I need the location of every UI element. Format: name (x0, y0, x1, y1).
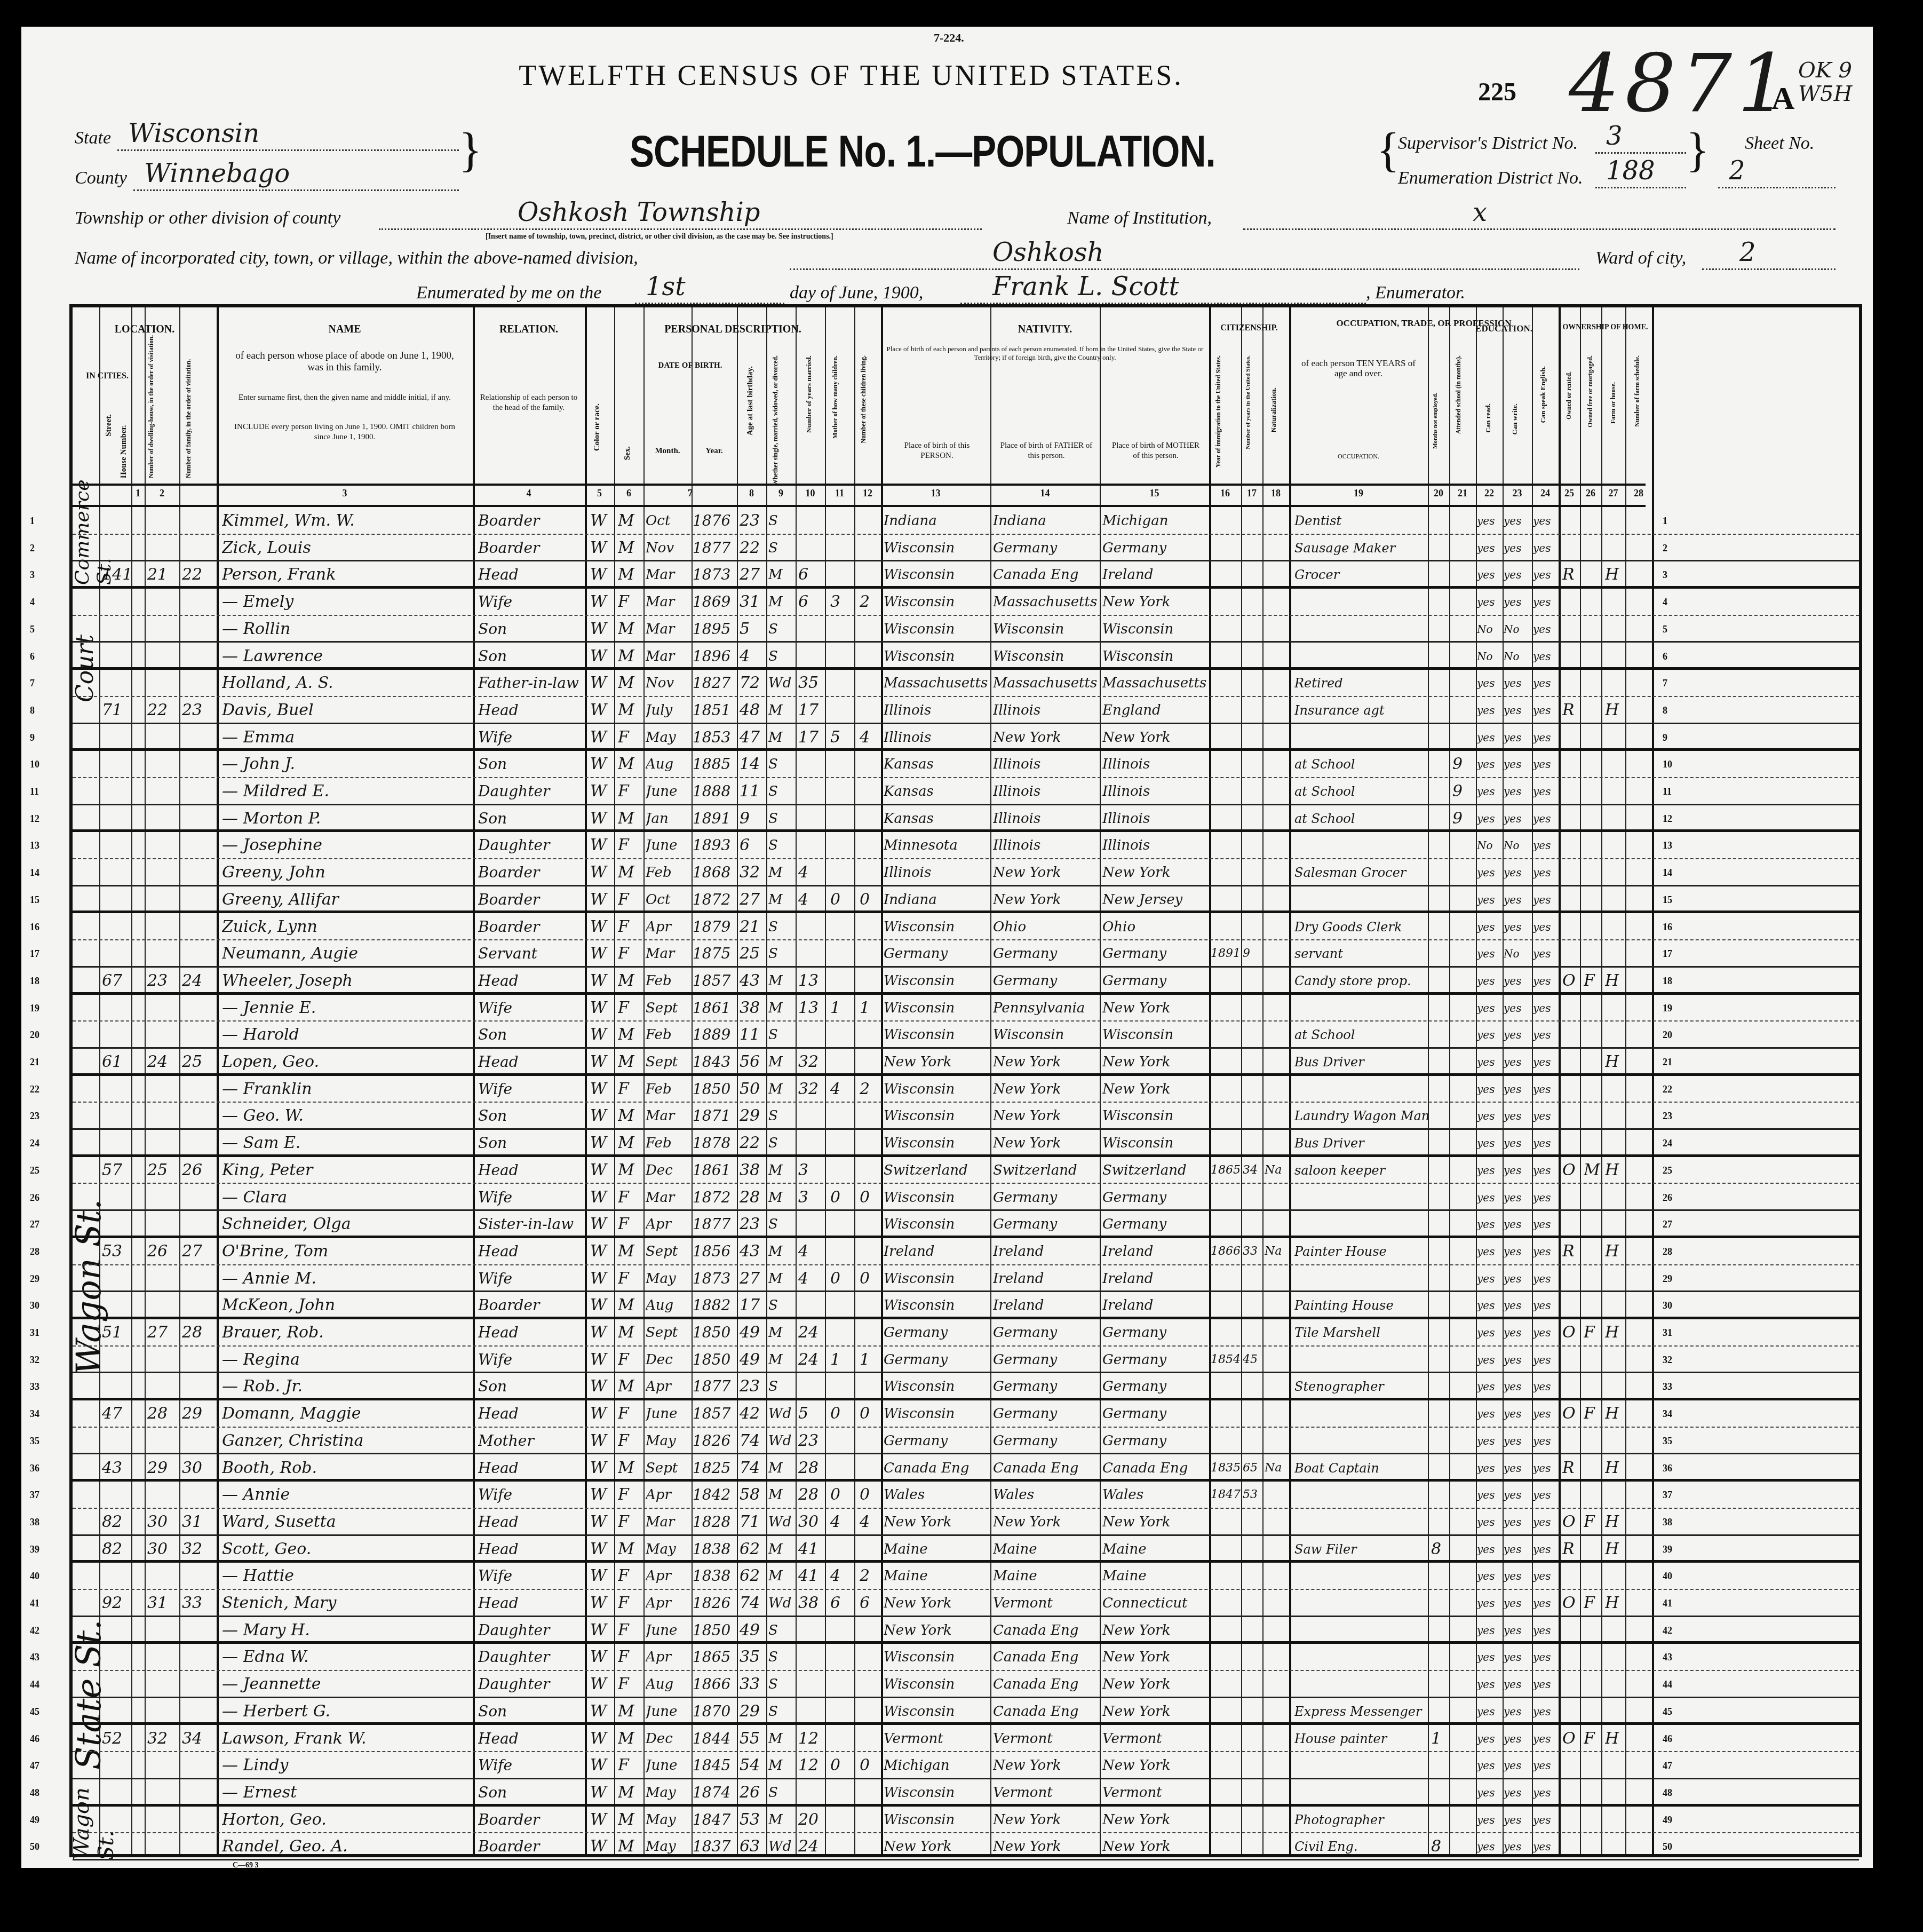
family-number: 32 (182, 1536, 217, 1563)
can-read: yes (1477, 1455, 1503, 1482)
birth-month: Dec (646, 1725, 691, 1752)
relation: Daughter (478, 1644, 584, 1670)
pob-father: Canada Eng (993, 1455, 1099, 1482)
relation: Boarder (478, 1292, 584, 1319)
color: W (590, 561, 614, 588)
occupation (1294, 1482, 1428, 1508)
relation: Son (478, 616, 584, 643)
occupation: Candy store prop. (1294, 968, 1428, 994)
owned-rented: O (1562, 1319, 1580, 1346)
line-number: 38 (30, 1509, 39, 1535)
pob-father: New York (993, 1807, 1099, 1833)
person-name: Ward, Susetta (222, 1509, 470, 1535)
age: 43 (740, 968, 766, 994)
month-label: Month. (643, 446, 692, 456)
population-table: LOCATION. IN CITIES. NAME of each person… (69, 304, 1862, 1857)
can-write: No (1504, 832, 1531, 859)
age: 72 (740, 670, 766, 696)
children-living (860, 751, 881, 778)
pob-father: New York (993, 1130, 1099, 1157)
birth-year: 1885 (693, 751, 736, 778)
mother-of: 0 (830, 1265, 854, 1292)
person-name: Davis, Buel (222, 697, 470, 724)
house-number (102, 535, 131, 561)
naturalization (1265, 805, 1289, 832)
sex: M (618, 1698, 642, 1725)
can-write: yes (1504, 886, 1531, 913)
pob-father: Ohio (993, 914, 1099, 940)
vh-farm-schedule: Number of farm schedule. (1633, 355, 1641, 427)
relation: Son (478, 1373, 584, 1400)
months-unemployed (1431, 859, 1449, 886)
farm-house: H (1605, 1400, 1625, 1427)
birth-year: 1865 (693, 1644, 736, 1670)
mother-of (830, 940, 854, 967)
naturalization (1265, 778, 1289, 805)
can-write: yes (1504, 724, 1531, 751)
pob-person-label: Place of birth of this PERSON. (889, 441, 985, 461)
line-number: 23 (30, 1103, 39, 1129)
family-number: 22 (182, 561, 217, 588)
birth-month: Mar (646, 1509, 691, 1535)
can-read: yes (1477, 1130, 1503, 1157)
line-number: 14 (30, 859, 39, 886)
age: 49 (740, 1319, 766, 1346)
pob-father: New York (993, 859, 1099, 886)
relation: Wife (478, 1184, 584, 1211)
pob-father: Vermont (993, 1779, 1099, 1806)
months-unemployed (1431, 643, 1449, 670)
pob-person: New York (884, 1049, 989, 1075)
pob-mother: New York (1102, 724, 1208, 751)
mother-of (830, 508, 854, 534)
year-label: Year. (692, 446, 737, 456)
table-row: 26 — Clara Wife W F Mar 1872 28 M 3 0 0 … (73, 1184, 1859, 1212)
birth-month: June (646, 1752, 691, 1779)
owned-rented (1562, 1617, 1580, 1644)
supervisor-field: 3 (1595, 125, 1686, 154)
months-unemployed (1431, 778, 1449, 805)
years-married (798, 1671, 825, 1698)
relation: Son (478, 751, 584, 778)
dwelling-number: 22 (147, 697, 179, 724)
color: W (590, 1563, 614, 1589)
pob-mother: England (1102, 697, 1208, 724)
naturalization (1265, 751, 1289, 778)
birth-year: 1866 (693, 1671, 736, 1698)
birth-month: Apr (646, 1590, 691, 1617)
children-living (860, 1671, 881, 1698)
immigration-year (1211, 1049, 1241, 1075)
years-married (798, 940, 825, 967)
naturalization (1265, 1590, 1289, 1617)
free-mortgaged (1584, 1076, 1601, 1103)
attended-school (1452, 859, 1476, 886)
marital: S (768, 1211, 795, 1238)
house-number: 47 (102, 1400, 131, 1427)
age: 14 (740, 751, 766, 778)
line-number: 17 (30, 940, 39, 967)
age: 5 (740, 616, 766, 643)
can-speak: yes (1533, 751, 1559, 778)
house-number: 52 (102, 1725, 131, 1752)
family-number (182, 1130, 217, 1157)
birth-year: 1856 (693, 1238, 736, 1265)
farm-house (1605, 805, 1625, 832)
marital: M (768, 1049, 795, 1075)
relation: Boarder (478, 1807, 584, 1833)
color: W (590, 589, 614, 615)
farm-house: H (1605, 968, 1625, 994)
can-read: yes (1477, 1671, 1503, 1698)
children-living: 0 (860, 1752, 881, 1779)
free-mortgaged (1584, 1265, 1601, 1292)
occupation (1294, 1752, 1428, 1779)
vh-family: Number of family, in the order of visita… (185, 355, 193, 478)
dwelling-number: 26 (147, 1238, 179, 1265)
can-speak: yes (1533, 643, 1559, 670)
mother-of (830, 1779, 854, 1806)
children-living: 2 (860, 589, 881, 615)
can-write: yes (1504, 1265, 1531, 1292)
immigration-year (1211, 561, 1241, 588)
can-speak: yes (1533, 1076, 1559, 1103)
birth-year: 1827 (693, 670, 736, 696)
immigration-year (1211, 1779, 1241, 1806)
marital: S (768, 1292, 795, 1319)
person-name: — Morton P. (222, 805, 470, 832)
house-number (102, 832, 131, 859)
mother-of: 3 (830, 589, 854, 615)
attended-school (1452, 1238, 1476, 1265)
months-unemployed (1431, 1671, 1449, 1698)
pob-mother: Germany (1102, 940, 1208, 967)
birth-month: May (646, 1779, 691, 1806)
pob-person: Wisconsin (884, 914, 989, 940)
months-unemployed (1431, 886, 1449, 913)
farm-house (1605, 1211, 1625, 1238)
sex: F (618, 1184, 642, 1211)
can-write: yes (1504, 914, 1531, 940)
pob-father: Germany (993, 1373, 1099, 1400)
children-living (860, 1319, 881, 1346)
vh-years-us: Number of years in the United States. (1245, 355, 1251, 449)
years-in-us (1243, 1617, 1262, 1644)
can-speak: yes (1533, 1725, 1559, 1752)
marital: M (768, 886, 795, 913)
occupation: Stenographer (1294, 1373, 1428, 1400)
years-married (798, 616, 825, 643)
can-read: No (1477, 832, 1503, 859)
house-number (102, 1617, 131, 1644)
ed-label: Enumeration District No. (1398, 168, 1583, 188)
line-number-right: 46 (1663, 1725, 1672, 1752)
farm-house: H (1605, 697, 1625, 724)
color: W (590, 1536, 614, 1563)
sex: F (618, 1563, 642, 1589)
owned-rented: R (1562, 1536, 1580, 1563)
table-row: 13 — Josephine Daughter W F June 1893 6 … (73, 832, 1859, 859)
owned-rented (1562, 995, 1580, 1022)
family-number (182, 1103, 217, 1129)
dwelling-number: 23 (147, 968, 179, 994)
color: W (590, 1833, 614, 1860)
line-number-right: 28 (1663, 1238, 1672, 1265)
can-read: yes (1477, 1833, 1503, 1860)
occupation (1294, 1671, 1428, 1698)
birth-month: Dec (646, 1157, 691, 1184)
mother-of: 0 (830, 1400, 854, 1427)
years-in-us (1243, 1725, 1262, 1752)
house-number (102, 914, 131, 940)
mother-of: 0 (830, 1482, 854, 1508)
vh-sex: Sex. (623, 446, 632, 460)
dwelling-number (147, 1807, 179, 1833)
sheet-field: 2 (1718, 160, 1835, 188)
marital: M (768, 1536, 795, 1563)
family-number (182, 1022, 217, 1048)
years-in-us (1243, 1807, 1262, 1833)
line-number-right: 42 (1663, 1617, 1672, 1644)
table-row: 31 51 27 28 Brauer, Rob. Head W M Sept 1… (73, 1319, 1859, 1347)
immigration-year (1211, 995, 1241, 1022)
months-unemployed (1431, 1238, 1449, 1265)
age: 17 (740, 1292, 766, 1319)
table-row: 50 Randel, Geo. A. Boarder W M May 1837 … (73, 1833, 1859, 1860)
children-living: 2 (860, 1563, 881, 1589)
handwritten-number: 4871 (1569, 37, 1794, 130)
naturalization (1265, 1292, 1289, 1319)
mother-of: 4 (830, 1076, 854, 1103)
free-mortgaged (1584, 1049, 1601, 1075)
occupation: saloon keeper (1294, 1157, 1428, 1184)
dwelling-number (147, 832, 179, 859)
person-name: — Sam E. (222, 1130, 470, 1157)
enumerator-label: , Enumerator. (1366, 283, 1465, 303)
years-married: 4 (798, 886, 825, 913)
person-name: — Mildred E. (222, 778, 470, 805)
attended-school (1452, 1400, 1476, 1427)
naturalization (1265, 1536, 1289, 1563)
mother-of: 4 (830, 1509, 854, 1535)
june-label: day of June, 1900, (790, 283, 923, 303)
occupation-description: of each person TEN YEARS of age and over… (1294, 358, 1423, 378)
occupation: Dry Goods Clerk (1294, 914, 1428, 940)
table-row: 15 Greeny, Allifar Boarder W F Oct 1872 … (73, 886, 1859, 914)
line-number: 6 (30, 643, 35, 670)
color: W (590, 1617, 614, 1644)
person-name: Zuick, Lynn (222, 914, 470, 940)
person-name: — Annie (222, 1482, 470, 1508)
color: W (590, 1428, 614, 1454)
farm-house (1605, 1779, 1625, 1806)
can-speak: yes (1533, 1265, 1559, 1292)
dwelling-number (147, 535, 179, 561)
pob-mother: Switzerland (1102, 1157, 1208, 1184)
line-number-right: 25 (1663, 1157, 1672, 1184)
color: W (590, 968, 614, 994)
sex: M (618, 1022, 642, 1048)
children-living (860, 616, 881, 643)
pob-father: New York (993, 1509, 1099, 1535)
mother-of (830, 1373, 854, 1400)
occupation: Dentist (1294, 508, 1428, 534)
house-number (102, 1807, 131, 1833)
immigration-year (1211, 1292, 1241, 1319)
birth-month: Aug (646, 751, 691, 778)
naturalization (1265, 643, 1289, 670)
free-mortgaged (1584, 1292, 1601, 1319)
farm-house (1605, 1617, 1625, 1644)
marital: S (768, 1103, 795, 1129)
marital: S (768, 616, 795, 643)
pob-mother: Germany (1102, 535, 1208, 561)
person-name: — Rollin (222, 616, 470, 643)
line-number-right: 15 (1663, 886, 1672, 913)
naturalization (1265, 1428, 1289, 1454)
farm-house: H (1605, 1049, 1625, 1075)
owned-rented: R (1562, 1238, 1580, 1265)
attended-school (1452, 1103, 1476, 1129)
relation: Boarder (478, 886, 584, 913)
occupation (1294, 1644, 1428, 1670)
children-living (860, 1725, 881, 1752)
immigration-year (1211, 1103, 1241, 1129)
can-speak: yes (1533, 1373, 1559, 1400)
relation: Boarder (478, 859, 584, 886)
vh-house: House Number. (120, 393, 129, 478)
years-in-us (1243, 1184, 1262, 1211)
sex: M (618, 697, 642, 724)
house-number (102, 805, 131, 832)
owned-rented (1562, 1211, 1580, 1238)
pob-father: Vermont (993, 1590, 1099, 1617)
birth-month: Feb (646, 968, 691, 994)
can-read: yes (1477, 1482, 1503, 1508)
years-in-us (1243, 1671, 1262, 1698)
birth-month: Mar (646, 561, 691, 588)
immigration-year (1211, 1752, 1241, 1779)
table-row: 16 Zuick, Lynn Boarder W F Apr 1879 21 S… (73, 914, 1859, 941)
mother-of (830, 1211, 854, 1238)
dwelling-number (147, 1779, 179, 1806)
owned-rented: R (1562, 697, 1580, 724)
can-read: yes (1477, 724, 1503, 751)
line-number: 7 (30, 670, 35, 696)
age: 74 (740, 1428, 766, 1454)
relation-description: Relationship of each person to the head … (478, 393, 579, 413)
immigration-year: 1891 (1211, 940, 1241, 967)
family-number (182, 508, 217, 534)
months-unemployed (1431, 1265, 1449, 1292)
census-sheet: 7-224. TWELFTH CENSUS OF THE UNITED STAT… (21, 27, 1873, 1868)
pob-mother: Germany (1102, 1428, 1208, 1454)
pob-mother: Ireland (1102, 561, 1208, 588)
header-education: EDUCATION. (1449, 323, 1559, 334)
pob-mother: New Jersey (1102, 886, 1208, 913)
pob-mother: Canada Eng (1102, 1455, 1208, 1482)
years-married: 3 (798, 1184, 825, 1211)
can-write: No (1504, 643, 1531, 670)
can-write: yes (1504, 1400, 1531, 1427)
table-row: 27 Schneider, Olga Sister-in-law W F Apr… (73, 1211, 1859, 1238)
children-living (860, 1211, 881, 1238)
person-name: Zick, Louis (222, 535, 470, 561)
attended-school (1452, 508, 1476, 534)
vh-years-married: Number of years married. (805, 355, 813, 433)
pob-father: Germany (993, 940, 1099, 967)
birth-year: 1847 (693, 1807, 736, 1833)
relation: Boarder (478, 914, 584, 940)
line-number-right: 30 (1663, 1292, 1672, 1319)
house-number (102, 1671, 131, 1698)
color: W (590, 1292, 614, 1319)
vh-marital: Whether single, married, widowed, or div… (772, 355, 780, 486)
marital: S (768, 751, 795, 778)
pob-mother: New York (1102, 859, 1208, 886)
relation: Head (478, 1590, 584, 1617)
farm-house: H (1605, 1536, 1625, 1563)
sex: M (618, 643, 642, 670)
free-mortgaged (1584, 1779, 1601, 1806)
can-read: yes (1477, 940, 1503, 967)
naturalization (1265, 670, 1289, 696)
can-read: yes (1477, 968, 1503, 994)
immigration-year (1211, 1644, 1241, 1670)
age: 11 (740, 1022, 766, 1048)
attended-school: 9 (1452, 751, 1476, 778)
birth-month: May (646, 1536, 691, 1563)
years-in-us: 33 (1243, 1238, 1262, 1265)
children-living: 0 (860, 886, 881, 913)
family-number (182, 751, 217, 778)
attended-school (1452, 1022, 1476, 1048)
mother-of: 0 (830, 1752, 854, 1779)
naturalization (1265, 1373, 1289, 1400)
years-in-us (1243, 778, 1262, 805)
age: 54 (740, 1752, 766, 1779)
birth-month: Mar (646, 643, 691, 670)
can-speak: yes (1533, 914, 1559, 940)
years-married (798, 1698, 825, 1725)
occupation: Laundry Wagon Man (1294, 1103, 1428, 1129)
birth-month: Apr (646, 1211, 691, 1238)
free-mortgaged (1584, 940, 1601, 967)
pob-mother: Germany (1102, 1347, 1208, 1373)
occupation (1294, 724, 1428, 751)
marital: M (768, 1455, 795, 1482)
naturalization (1265, 1617, 1289, 1644)
owned-rented: R (1562, 561, 1580, 588)
table-row: 29 — Annie M. Wife W F May 1873 27 M 4 0… (73, 1265, 1859, 1293)
brace: } (1686, 123, 1709, 178)
immigration-year (1211, 1265, 1241, 1292)
birth-month: June (646, 1698, 691, 1725)
sex: M (618, 805, 642, 832)
birth-year: 1891 (693, 805, 736, 832)
relation: Daughter (478, 778, 584, 805)
farm-house (1605, 859, 1625, 886)
line-number-right: 31 (1663, 1319, 1672, 1346)
can-speak: yes (1533, 1752, 1559, 1779)
years-married: 28 (798, 1482, 825, 1508)
pob-person: Illinois (884, 724, 989, 751)
pob-mother: Wisconsin (1102, 1022, 1208, 1048)
attended-school (1452, 616, 1476, 643)
line-number-right: 36 (1663, 1455, 1672, 1482)
pob-father: Wisconsin (993, 643, 1099, 670)
line-number-right: 17 (1663, 940, 1672, 967)
